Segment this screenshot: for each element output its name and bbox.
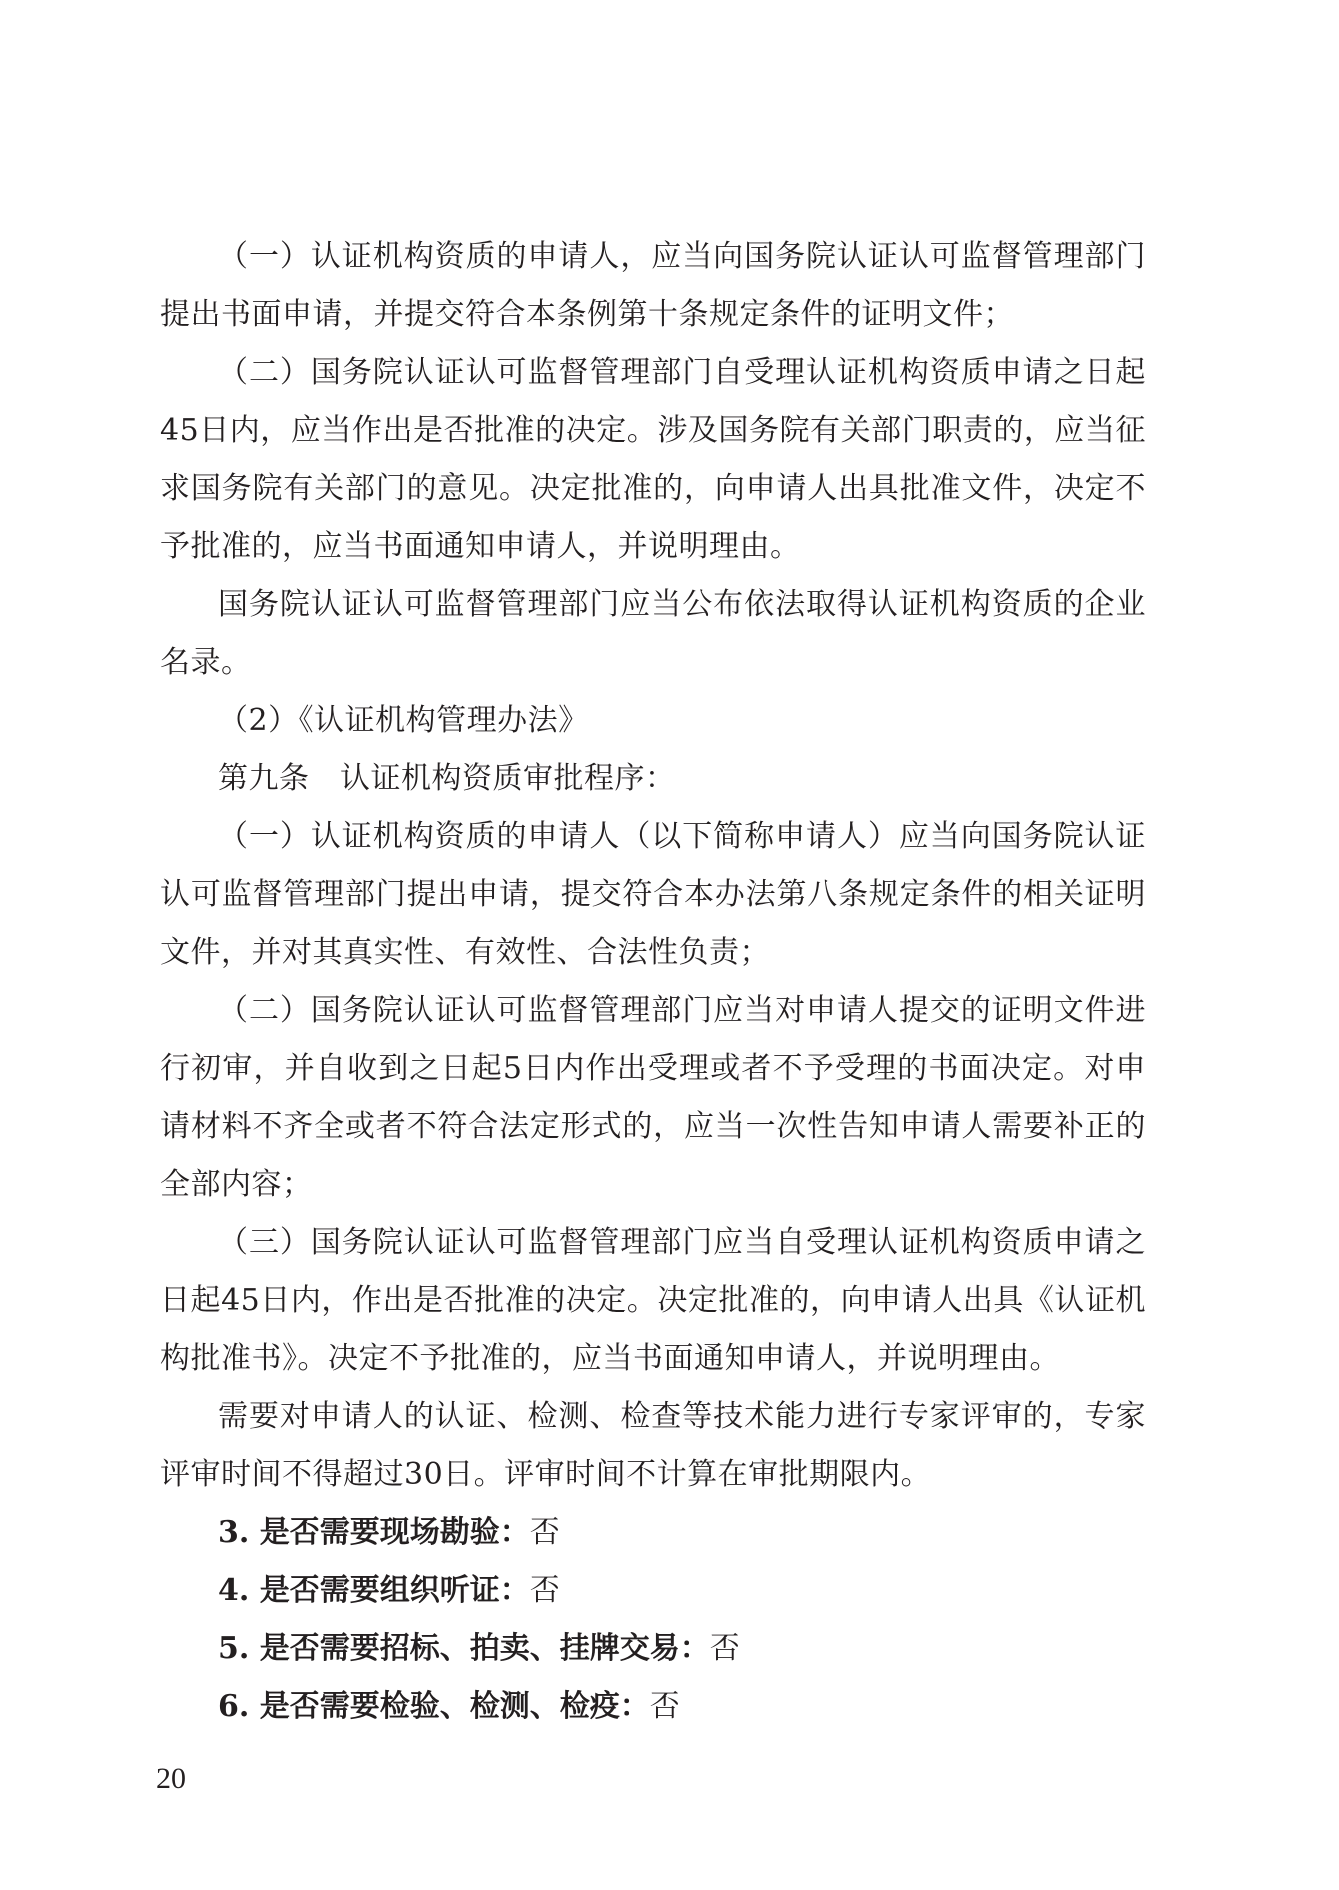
question-label: 5. 是否需要招标、拍卖、挂牌交易：	[218, 1631, 710, 1666]
question-label: 6. 是否需要检验、检测、检疫：	[218, 1689, 650, 1724]
question-inspection-testing: 6. 是否需要检验、检测、检疫：否	[160, 1678, 1146, 1736]
question-label: 4. 是否需要组织听证：	[218, 1573, 530, 1608]
question-answer: 否	[530, 1573, 560, 1608]
question-answer: 否	[710, 1631, 740, 1666]
paragraph-step-three: （三）国务院认证认可监督管理部门应当自受理认证机构资质申请之日起45日内，作出是…	[160, 1214, 1146, 1388]
paragraph-step-two: （二）国务院认证认可监督管理部门应当对申请人提交的证明文件进行初审，并自收到之日…	[160, 982, 1146, 1214]
question-label: 3. 是否需要现场勘验：	[218, 1515, 530, 1550]
question-answer: 否	[530, 1515, 560, 1550]
page-number: 20	[156, 1762, 186, 1796]
paragraph-publish-list: 国务院认证认可监督管理部门应当公布依法取得认证机构资质的企业名录。	[160, 576, 1146, 692]
paragraph-expert-review: 需要对申请人的认证、检测、检查等技术能力进行专家评审的，专家评审时间不得超过30…	[160, 1388, 1146, 1504]
paragraph-application: （一）认证机构资质的申请人，应当向国务院认证认可监督管理部门提出书面申请，并提交…	[160, 228, 1146, 344]
article-nine-heading: 第九条 认证机构资质审批程序：	[160, 750, 1146, 808]
question-answer: 否	[650, 1689, 680, 1724]
question-hearing: 4. 是否需要组织听证：否	[160, 1562, 1146, 1620]
question-bidding: 5. 是否需要招标、拍卖、挂牌交易：否	[160, 1620, 1146, 1678]
question-site-inspection: 3. 是否需要现场勘验：否	[160, 1504, 1146, 1562]
document-page: （一）认证机构资质的申请人，应当向国务院认证认可监督管理部门提出书面申请，并提交…	[160, 228, 1146, 1736]
paragraph-decision: （二）国务院认证认可监督管理部门自受理认证机构资质申请之日起45日内，应当作出是…	[160, 344, 1146, 576]
section-heading-measures: （2）《认证机构管理办法》	[160, 692, 1146, 750]
paragraph-step-one: （一）认证机构资质的申请人（以下简称申请人）应当向国务院认证认可监督管理部门提出…	[160, 808, 1146, 982]
